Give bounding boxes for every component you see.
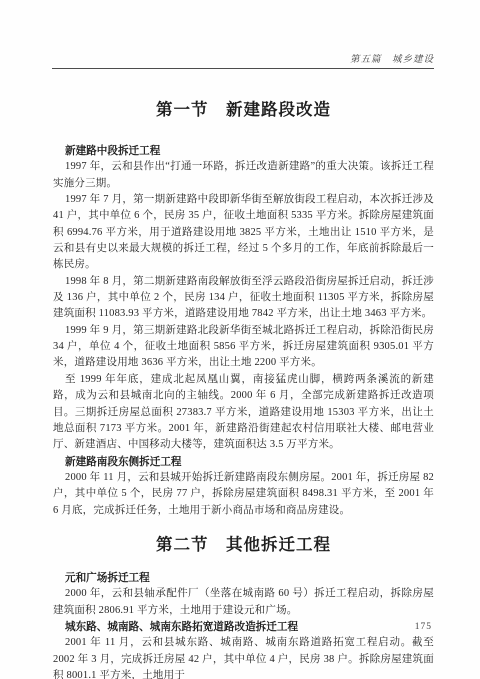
paragraph: 1997 年，云和县作出“打通一环路，拆迁改造新建路”的重大决策。该拆迁工程实施… (53, 159, 434, 192)
paragraph: 1997 年 7 月，第一期新建路中段即新华街至解放街段工程启动，本次拆迁涉及 … (53, 192, 434, 274)
paragraph: 2000 年 11 月，云和县城开始拆迁新建路南段东侧房屋。2001 年，拆迁房… (53, 470, 434, 519)
paragraph: 1998 年 8 月，第二期新建路南段解放街至浮云路段沿街房屋拆迁启动，拆迁涉及… (53, 274, 434, 323)
paragraph: 1999 年 9 月，第三期新建路北段新华街至城北路拆迁工程启动，拆除沿街民房 … (53, 323, 434, 372)
paragraph: 2000 年，云和县轴承配件厂（坐落在城南路 60 号）拆迁工程启动，拆除房屋建… (53, 586, 434, 619)
subheading-road-widening: 城东路、城南路、城南东路拓宽道路改造拆迁工程 (53, 619, 434, 635)
book-page: 第五篇 城乡建设 第一节 新建路段改造 新建路中段拆迁工程 1997 年，云和县… (0, 0, 480, 679)
paragraph: 至 1999 年年底，建成北起凤凰山翼，南接猛虎山脚，横跨两条溪流的新建路，成为… (53, 372, 434, 454)
section-2-title: 第二节 其他拆迁工程 (53, 531, 434, 555)
page-number: 175 (415, 622, 432, 632)
section-1-title: 第一节 新建路段改造 (53, 96, 434, 120)
subheading-yuanhe-square: 元和广场拆迁工程 (53, 570, 434, 586)
page-content: 第一节 新建路段改造 新建路中段拆迁工程 1997 年，云和县作出“打通一环路，… (53, 96, 434, 679)
subheading-xinjianlu-mid-section: 新建路中段拆迁工程 (53, 143, 434, 159)
paragraph: 2001 年 11 月，云和县城东路、城南路、城南东路道路拓宽工程启动。截至 2… (53, 635, 434, 679)
subheading-xinjianlu-south-east: 新建路南段东侧拆迁工程 (53, 454, 434, 470)
running-header: 第五篇 城乡建设 (52, 51, 434, 69)
